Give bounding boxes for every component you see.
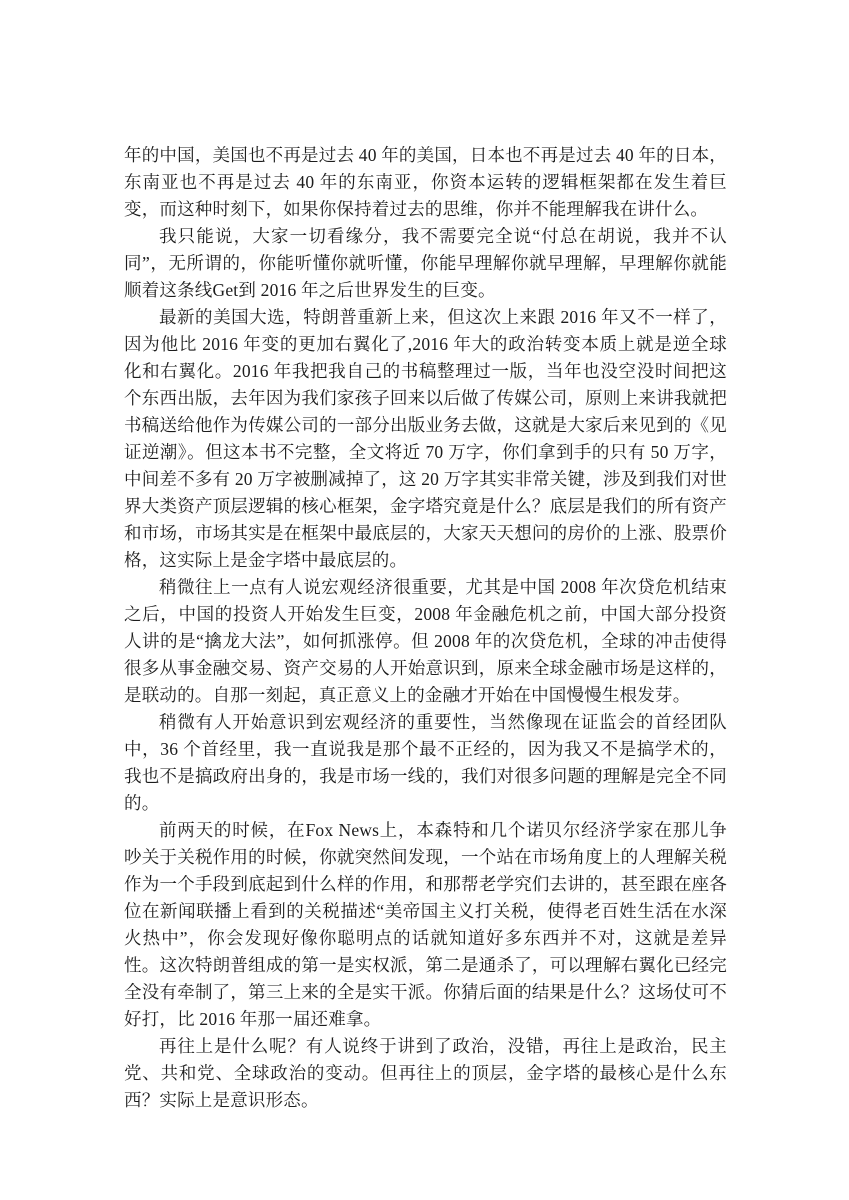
paragraph-6: 前两天的时候，在Fox News上，本森特和几个诺贝尔经济学家在那儿争吵关于关税… [124, 817, 727, 1033]
paragraph-3: 最新的美国大选，特朗普重新上来，但这次上来跟 2016 年又不一样了，因为他比 … [124, 304, 727, 574]
text-block: 年的中国，美国也不再是过去 40 年的美国，日本也不再是过去 40 年的日本，东… [124, 142, 727, 1114]
paragraph-1: 年的中国，美国也不再是过去 40 年的美国，日本也不再是过去 40 年的日本，东… [124, 142, 727, 223]
paragraph-5: 稍微有人开始意识到宏观经济的重要性，当然像现在证监会的首经团队中，36 个首经里… [124, 709, 727, 817]
paragraph-7: 再往上是什么呢？有人说终于讲到了政治，没错，再往上是政治，民主党、共和党、全球政… [124, 1033, 727, 1114]
document-page: 年的中国，美国也不再是过去 40 年的美国，日本也不再是过去 40 年的日本，东… [0, 0, 849, 1200]
paragraph-4: 稍微往上一点有人说宏观经济很重要，尤其是中国 2008 年次贷危机结束之后，中国… [124, 574, 727, 709]
paragraph-2: 我只能说，大家一切看缘分，我不需要完全说“付总在胡说，我并不认同”，无所谓的，你… [124, 223, 727, 304]
